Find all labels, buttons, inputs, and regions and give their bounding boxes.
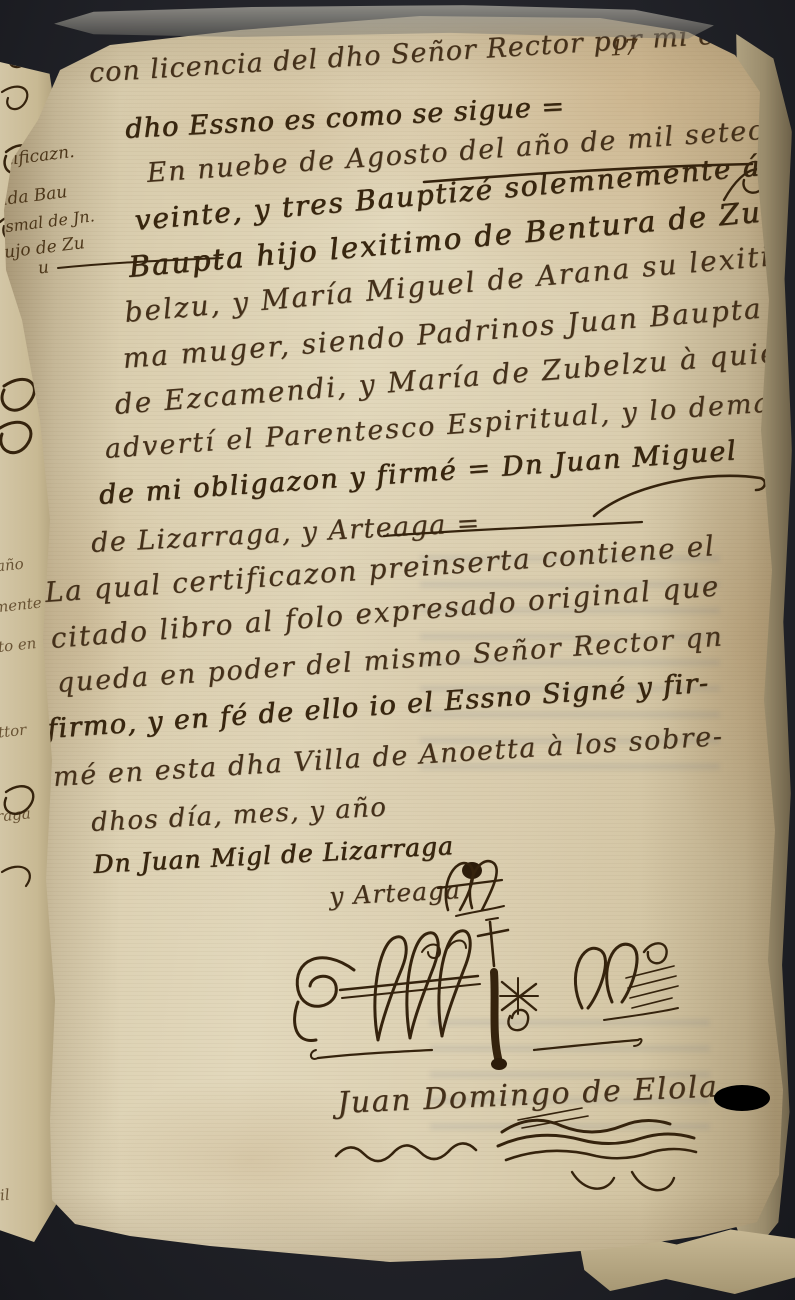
page-number: 17: [610, 36, 639, 62]
notarial-sign-flourish: [282, 912, 682, 1082]
manuscript-page: con licencia del dho Señor Rector por mi…: [0, 0, 795, 1300]
margin-note-line: ismal de Jn.: [0, 206, 96, 236]
final-signature-rubric: [322, 1080, 772, 1200]
photo-of-manuscript: año mente to en ttor raga il con licenci…: [0, 0, 795, 1300]
margin-dash: [56, 256, 226, 272]
signature-line: Dn Juan Migl de Lizarraga: [92, 831, 454, 879]
edge-text-fragment: il: [0, 1186, 11, 1205]
right-sweep-flourish: [590, 468, 770, 528]
margin-note-line: ida Bau: [1, 182, 68, 210]
edge-ink-scribble: [0, 372, 46, 932]
certification-line: dhos día, mes, y año: [90, 793, 388, 838]
margin-note-line: u: [37, 257, 50, 278]
translucent-sheet-edge: [54, 5, 714, 39]
